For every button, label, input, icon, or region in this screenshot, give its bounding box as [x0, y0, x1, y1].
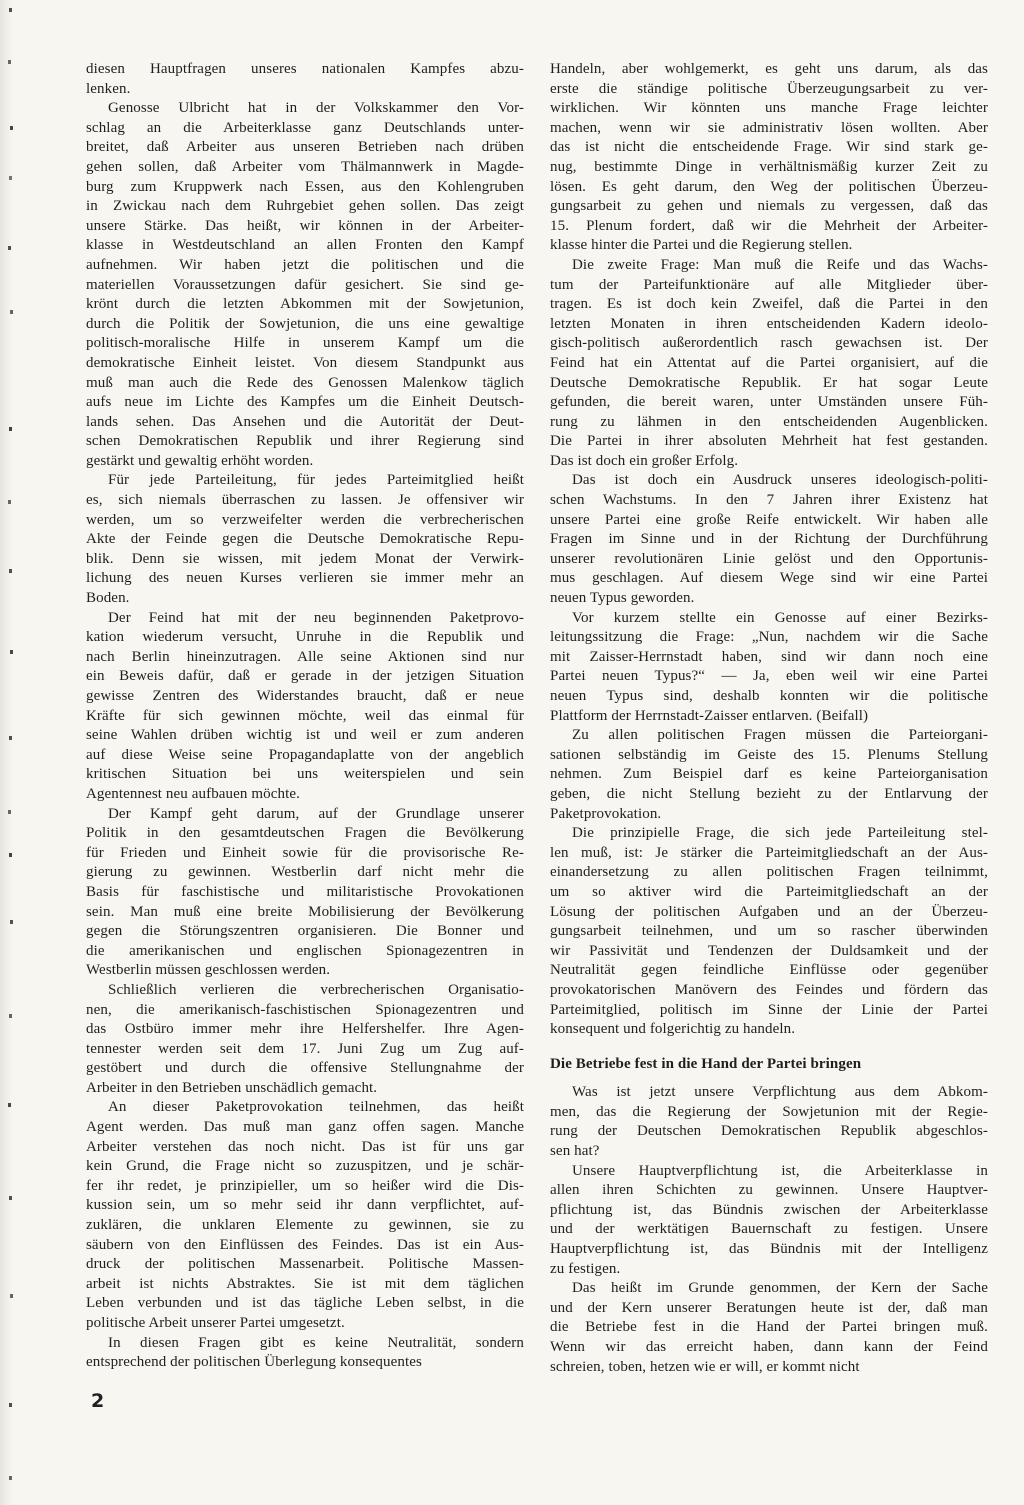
paragraph: Handeln, aber wohlgemerkt, es geht uns d… [550, 60, 988, 256]
text-line: leitungssitzung die Frage: „Nun, nachdem… [550, 628, 988, 648]
text-line: Lösung der politischen Aufgaben und an d… [550, 903, 988, 923]
text-line: politisch-moralische Hilfe in unserem Ka… [86, 334, 524, 354]
text-line: arbeit ist nichts Abstraktes. Sie ist mi… [86, 1275, 524, 1295]
text-line: Arbeiter in den Betrieben unschädlich ge… [86, 1079, 524, 1099]
text-line: tragen. Es ist doch kein Zweifel, daß di… [550, 295, 988, 315]
text-line: die amerikanischen und englischen Spiona… [86, 942, 524, 962]
text-line: in Zwickau nach dem Ruhrgebiet gehen sol… [86, 197, 524, 217]
text-line: Unsere Hauptverpflichtung ist, die Arbei… [550, 1162, 988, 1182]
text-line: gierung zu gewinnen. Westberlin darf nic… [86, 863, 524, 883]
scanned-document-page: diesen Hauptfragen unseres nationalen Ka… [0, 0, 1024, 1505]
text-line: neuen Typus geworden. [550, 589, 988, 609]
text-line: Agentennest neu aufbauen möchte. [86, 785, 524, 805]
paragraph: Das heißt im Grunde genommen, der Kern d… [550, 1279, 988, 1377]
text-line: entsprechend der politischen Überlegung … [86, 1353, 524, 1373]
paragraph: Das ist doch ein Ausdruck unseres ideolo… [550, 471, 988, 608]
paragraph: Unsere Hauptverpflichtung ist, die Arbei… [550, 1162, 988, 1280]
text-line: mit Zaisser-Herrnstadt haben, sind wir d… [550, 648, 988, 668]
text-line: gehen sollen, daß Arbeiter vom Thälmannw… [86, 158, 524, 178]
paragraph: Die zweite Frage: Man muß die Reife und … [550, 256, 988, 472]
text-line: lenken. [86, 80, 524, 100]
text-line: gewisse Zentren des Widerstandes braucht… [86, 687, 524, 707]
text-line: nug, bestimmte Dinge in verhältnismäßig … [550, 158, 988, 178]
text-line: Das ist doch ein Ausdruck unseres ideolo… [550, 471, 988, 491]
paragraph: Der Kampf geht darum, auf der Grundlage … [86, 805, 524, 981]
text-line: und der werktätigen Bauernschaft zu fest… [550, 1220, 988, 1240]
text-line: krönt durch die letzten Abkommen mit der… [86, 295, 524, 315]
text-line: len muß, ist: Je stärker die Parteimitgl… [550, 844, 988, 864]
left-text-column: diesen Hauptfragen unseres nationalen Ka… [86, 60, 524, 1373]
text-line: aufs neue im Lichte des Kampfes um die E… [86, 393, 524, 413]
text-line: neuen Typus sind, deshalb konnten wir di… [550, 687, 988, 707]
text-line: gestöbert und durch die offensive Stellu… [86, 1059, 524, 1079]
paragraph: diesen Hauptfragen unseres nationalen Ka… [86, 60, 524, 99]
text-line: mus geschlagen. Auf diesem Wege sind wir… [550, 569, 988, 589]
text-line: Zu allen politischen Fragen müssen die P… [550, 726, 988, 746]
text-line: Hauptverpflichtung ist, das Bündnis mit … [550, 1240, 988, 1260]
text-line: rung der Deutschen Demokratischen Republ… [550, 1122, 988, 1142]
text-line: materiellen Voraussetzungen dafür gesich… [86, 276, 524, 296]
text-line: nehmen. Zum Beispiel darf es keine Parte… [550, 765, 988, 785]
text-line: unsere Stärke. Das heißt, wir können in … [86, 217, 524, 237]
text-line: Parteimitglied, politisch im Sinne der L… [550, 1001, 988, 1021]
text-line: gestärkt und gewaltig erhöht worden. [86, 452, 524, 472]
text-line: allen ihren Schichten zu gewinnen. Unser… [550, 1181, 988, 1201]
text-line: das ist nicht die entscheidende Frage. W… [550, 138, 988, 158]
text-line: Wenn wir das erreicht haben, dann kann d… [550, 1338, 988, 1358]
text-line: kein Grund, die Frage nicht so zuzuspitz… [86, 1157, 524, 1177]
text-line: druck der politischen Massenarbeit. Poli… [86, 1255, 524, 1275]
text-line: An dieser Paketprovokation teilnehmen, d… [86, 1098, 524, 1118]
text-line: Die prinzipielle Frage, die sich jede Pa… [550, 824, 988, 844]
right-text-column: Handeln, aber wohlgemerkt, es geht uns d… [550, 60, 988, 1377]
paragraph: Zu allen politischen Fragen müssen die P… [550, 726, 988, 824]
text-line: Paketprovokation. [550, 805, 988, 825]
paragraph: Die prinzipielle Frage, die sich jede Pa… [550, 824, 988, 1040]
text-line: Partei neuen Typus?“ — Ja, eben weil wir… [550, 667, 988, 687]
text-line: einandersetzung zu allen politischen Fra… [550, 863, 988, 883]
text-line: auf diese Weise seine Propagandaplatte v… [86, 746, 524, 766]
text-line: gungsarbeit teilnehmen, und um so rasche… [550, 922, 988, 942]
text-line: kussion sein, um so mehr seid ihr dann v… [86, 1196, 524, 1216]
text-line: demokratische Einheit leistet. Von diese… [86, 354, 524, 374]
text-line: und der Kern unserer Beratungen heute is… [550, 1299, 988, 1319]
text-line: durch die Politik der Sowjetunion, die u… [86, 315, 524, 335]
text-line: kation wiederum versucht, Unruhe in die … [86, 628, 524, 648]
text-line: Basis für faschistische und militaristis… [86, 883, 524, 903]
text-line: breitet, daß Arbeiter aus unseren Betrie… [86, 138, 524, 158]
text-line: erste die ständige politische Überzeugun… [550, 80, 988, 100]
text-line: Was ist jetzt unsere Verpflichtung aus d… [550, 1083, 988, 1103]
text-line: Die zweite Frage: Man muß die Reife und … [550, 256, 988, 276]
text-line: lösen. Es geht darum, den Weg der politi… [550, 178, 988, 198]
text-line: zu festigen. [550, 1260, 988, 1280]
text-line: um so aktiver wird die Parteimitgliedsch… [550, 883, 988, 903]
text-line: Der Kampf geht darum, auf der Grundlage … [86, 805, 524, 825]
text-line: schreien, toben, hetzen wie er will, er … [550, 1358, 988, 1378]
text-line: provokatorischen Manövern des Feindes un… [550, 981, 988, 1001]
text-line: Deutsche Demokratische Republik. Er hat … [550, 374, 988, 394]
text-line: unserer revolutionären Linie gelöst und … [550, 550, 988, 570]
text-line: Akte der Feinde gegen die Deutsche Demok… [86, 530, 524, 550]
text-line: Für jede Parteileitung, für jedes Partei… [86, 471, 524, 491]
text-line: kritischen Situation bei uns weiterspiel… [86, 765, 524, 785]
text-line: muß man auch die Rede des Genossen Malen… [86, 374, 524, 394]
text-line: gisch-politisch außerordentlich rasch ge… [550, 334, 988, 354]
text-line: tum der Parteifunktionäre auf alle Mitgl… [550, 276, 988, 296]
text-line: Genosse Ulbricht hat in der Volkskammer … [86, 99, 524, 119]
text-line: wir Passivität und Tendenzen der Duldsam… [550, 942, 988, 962]
text-line: zuklären, die unklaren Elemente zu gewin… [86, 1216, 524, 1236]
text-line: sen hat? [550, 1142, 988, 1162]
text-line: rung zu lähmen in den entscheidenden Aug… [550, 413, 988, 433]
text-line: Handeln, aber wohlgemerkt, es geht uns d… [550, 60, 988, 80]
text-line: Agent werden. Das muß man ganz offen sag… [86, 1118, 524, 1138]
text-line: schen Wachstums. In den 7 Jahren ihrer E… [550, 491, 988, 511]
paragraph: Der Feind hat mit der neu beginnenden Pa… [86, 609, 524, 805]
text-line: schen Demokratischen Republik und ihrer … [86, 432, 524, 452]
paragraph: Genosse Ulbricht hat in der Volkskammer … [86, 99, 524, 471]
text-line: Das ist doch ein großer Erfolg. [550, 452, 988, 472]
paragraph: Für jede Parteileitung, für jedes Partei… [86, 471, 524, 608]
text-line: konsequent und folgerichtig zu handeln. [550, 1020, 988, 1040]
text-line: klasse hinter die Partei und die Regieru… [550, 236, 988, 256]
page-number: 2 [91, 1390, 104, 1412]
text-line: für Frieden und Einheit sowie für die pr… [86, 844, 524, 864]
text-line: klasse in Westdeutschland an allen Front… [86, 236, 524, 256]
text-line: nen, die amerikanisch-faschistischen Spi… [86, 1001, 524, 1021]
text-line: Neutralität gegen feindliche Einflüsse o… [550, 961, 988, 981]
text-line: Der Feind hat mit der neu beginnenden Pa… [86, 609, 524, 629]
paragraph: Was ist jetzt unsere Verpflichtung aus d… [550, 1083, 988, 1161]
text-line: 15. Plenum fordert, daß wir die Mehrheit… [550, 217, 988, 237]
text-line: geben, die nicht Stellung bezieht zu der… [550, 785, 988, 805]
text-line: Die Partei in ihrer absoluten Mehrheit h… [550, 432, 988, 452]
section-heading: Die Betriebe fest in die Hand der Partei… [550, 1055, 988, 1075]
text-line: wirklichen. Wir könnten uns manche Frage… [550, 99, 988, 119]
text-line: es, sich niemals überraschen zu lassen. … [86, 491, 524, 511]
text-line: burg zum Kruppwerk nach Essen, aus den K… [86, 178, 524, 198]
text-line: Leben verbunden und ist das tägliche Leb… [86, 1294, 524, 1314]
text-line: Kräfte für sich gewinnen möchte, weil da… [86, 707, 524, 727]
text-line: diesen Hauptfragen unseres nationalen Ka… [86, 60, 524, 80]
text-line: blik. Denn sie wissen, mit jedem Monat d… [86, 550, 524, 570]
paragraph: An dieser Paketprovokation teilnehmen, d… [86, 1098, 524, 1333]
paragraph: Vor kurzem stellte ein Genosse auf einer… [550, 609, 988, 727]
text-line: Plattform der Herrnstadt-Zaisser entlarv… [550, 707, 988, 727]
text-line: Arbeiter verstehen das noch nicht. Das i… [86, 1138, 524, 1158]
text-line: tennester werden seit dem 17. Juni Zug u… [86, 1040, 524, 1060]
text-line: nach Berlin hineinzutragen. Alle seine A… [86, 648, 524, 668]
text-line: das Ostbüro immer mehr ihre Helfershelfe… [86, 1020, 524, 1040]
text-line: unsere Partei eine große Reife entwickel… [550, 511, 988, 531]
text-line: Das heißt im Grunde genommen, der Kern d… [550, 1279, 988, 1299]
text-line: gefunden, die bereit waren, unter Umstän… [550, 393, 988, 413]
text-line: Feind hat ein Attentat auf die Partei or… [550, 354, 988, 374]
text-line: Vor kurzem stellte ein Genosse auf einer… [550, 609, 988, 629]
text-line: gegen die Störungszentren organisieren. … [86, 922, 524, 942]
text-line: fer ihr redet, je prinzipieller, um so h… [86, 1177, 524, 1197]
text-line: säubern von den Einflüssen des Feindes. … [86, 1236, 524, 1256]
text-line: lands sehen. Das Ansehen und die Autorit… [86, 413, 524, 433]
text-line: men, das die Regierung der Sowjetunion m… [550, 1103, 988, 1123]
text-line: gungsarbeit zu gehen und niemals zu verg… [550, 197, 988, 217]
text-line: Politik in den gesamtdeutschen Fragen di… [86, 824, 524, 844]
text-line: Boden. [86, 589, 524, 609]
text-line: Schließlich verlieren die verbrecherisch… [86, 981, 524, 1001]
paragraph: In diesen Fragen gibt es keine Neutralit… [86, 1334, 524, 1373]
binding-edge-shading [0, 0, 16, 1505]
text-line: machen, wenn wir sie administrativ lösen… [550, 119, 988, 139]
text-line: politische Arbeit unserer Partei umgeset… [86, 1314, 524, 1334]
text-line: lichung des neuen Kurses verlieren sie i… [86, 569, 524, 589]
text-line: sationen selbständig im Geiste des 15. P… [550, 746, 988, 766]
text-line: ein Beweis dafür, daß er gerade in der j… [86, 667, 524, 687]
text-line: seine Wahlen drüben wichtig ist und weil… [86, 726, 524, 746]
text-line: In diesen Fragen gibt es keine Neutralit… [86, 1334, 524, 1354]
paragraph: Schließlich verlieren die verbrecherisch… [86, 981, 524, 1099]
text-line: sein. Man muß eine breite Mobilisierung … [86, 903, 524, 923]
text-line: Die Betriebe fest in die Hand der Partei… [550, 1055, 988, 1075]
text-line: die Betriebe fest in die Hand der Partei… [550, 1318, 988, 1338]
text-line: schlag an die Arbeiterklasse ganz Deutsc… [86, 119, 524, 139]
text-line: aufnehmen. Wir haben jetzt die politisch… [86, 256, 524, 276]
text-line: letzten Monaten in ihren entscheidenden … [550, 315, 988, 335]
text-line: werden, um so verzweifelter werden die v… [86, 511, 524, 531]
text-line: Westberlin müssen geschlossen werden. [86, 961, 524, 981]
scan-speck-artifacts [9, 8, 12, 12]
text-line: pflichtung ist, das Bündnis zwischen der… [550, 1201, 988, 1221]
text-line: Fragen im Sinne und in der Richtung der … [550, 530, 988, 550]
